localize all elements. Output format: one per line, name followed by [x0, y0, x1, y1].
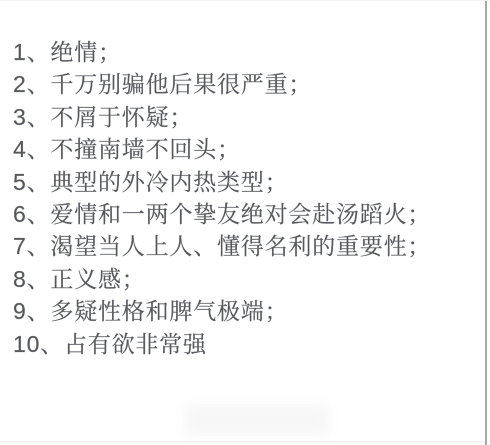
list-item: 1、绝情； [13, 36, 470, 68]
list-item: 10、占有欲非常强 [13, 328, 470, 360]
list-item: 4、不撞南墙不回头； [13, 133, 470, 165]
blurred-watermark [185, 404, 330, 436]
list-item: 3、不屑于怀疑； [13, 101, 470, 133]
list-item: 9、多疑性格和脾气极端； [13, 295, 470, 327]
list-item: 7、渴望当人上人、懂得名利的重要性； [13, 230, 470, 262]
list-item: 5、典型的外冷内热类型； [13, 166, 470, 198]
trait-list: 1、绝情； 2、千万别骗他后果很严重； 3、不屑于怀疑； 4、不撞南墙不回头； … [13, 36, 470, 360]
text-post-page: 1、绝情； 2、千万别骗他后果很严重； 3、不屑于怀疑； 4、不撞南墙不回头； … [0, 0, 490, 445]
list-item: 8、正义感； [13, 263, 470, 295]
list-item: 2、千万别骗他后果很严重； [13, 68, 470, 100]
scrollbar[interactable] [485, 1, 487, 445]
list-item: 6、爱情和一两个挚友绝对会赴汤蹈火； [13, 198, 470, 230]
